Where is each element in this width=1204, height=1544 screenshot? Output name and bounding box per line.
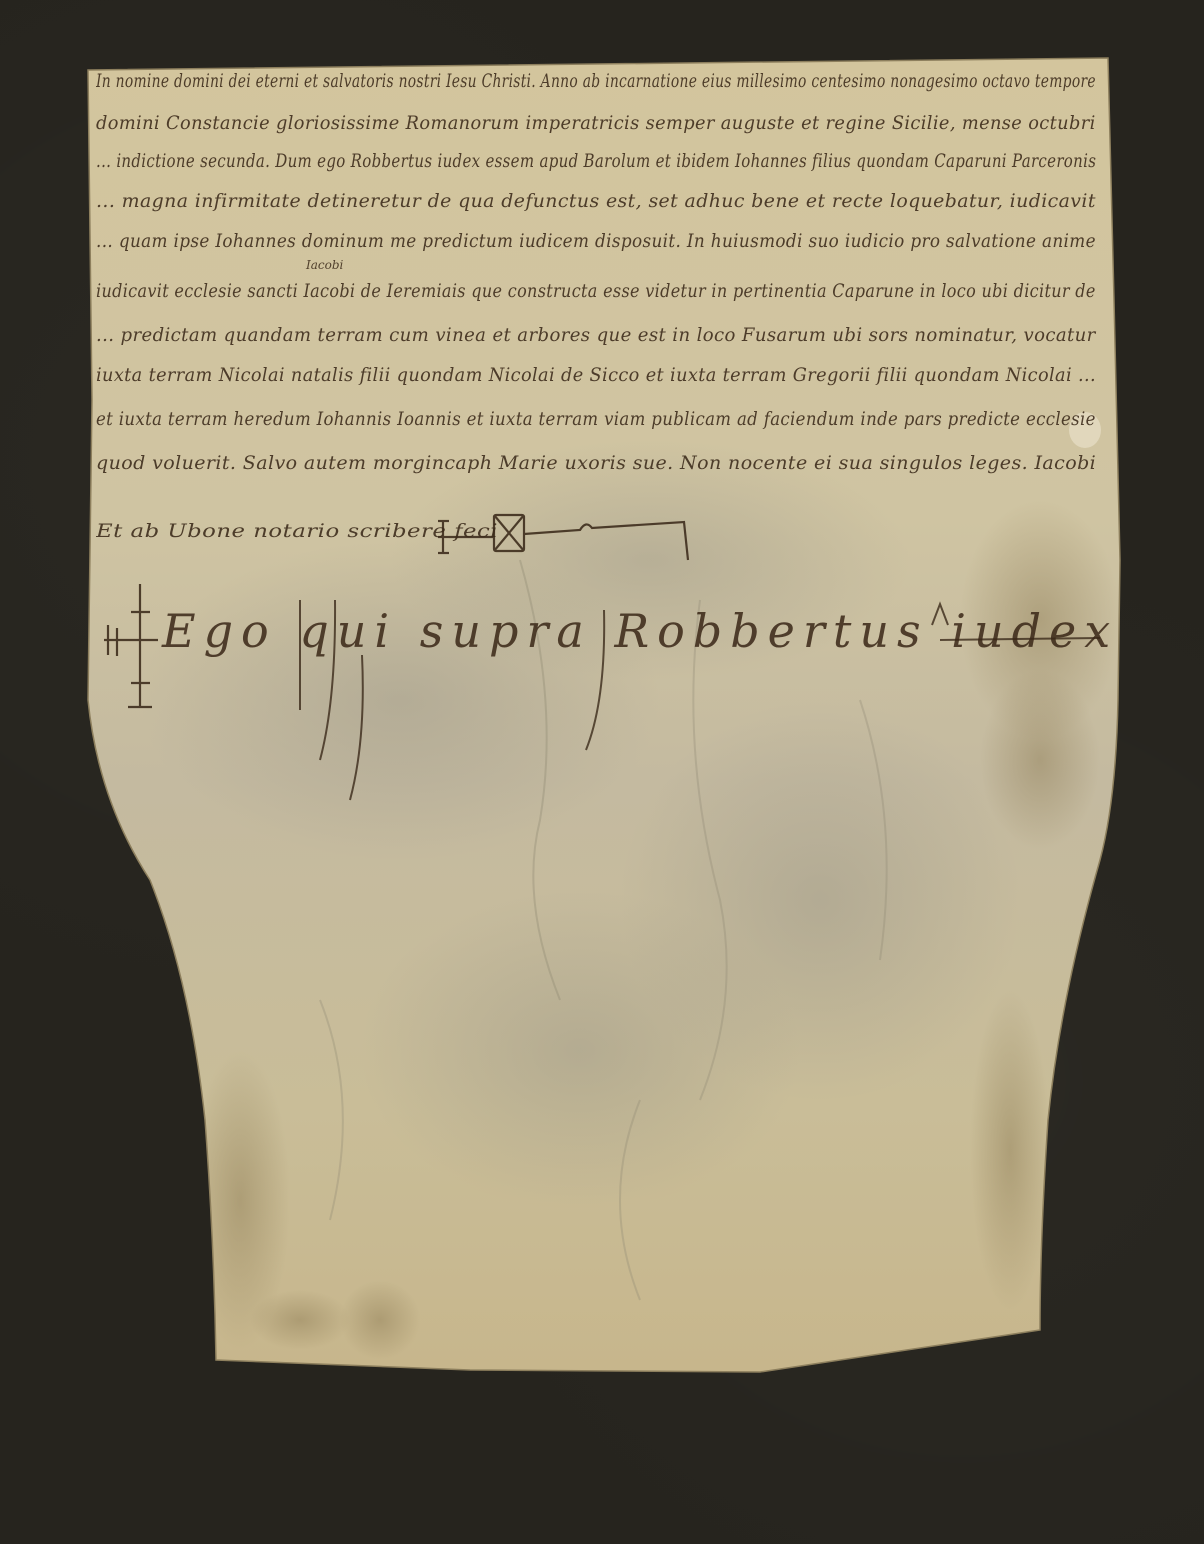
text-line-10: quod voluerit. Salvo autem morgincaph Ma… <box>96 452 1096 474</box>
text-line-7: ... predictam quandam terram cum vinea e… <box>96 324 1096 346</box>
text-line-6: iudicavit ecclesie sancti Iacobi de Iere… <box>96 280 1096 302</box>
text-line-2: domini Constancie gloriosissime Romanoru… <box>96 112 1096 134</box>
judge-subscription: Ego qui supra Robbertus iudex <box>162 604 1118 658</box>
interlinear-insertion: Iacobi <box>306 258 343 272</box>
charter-text-block: In nomine domini dei eterni et salvatori… <box>96 62 1116 582</box>
text-line-8: iuxta terram Nicolai natalis filii quond… <box>96 364 1096 386</box>
text-line-3: ... indictione secunda. Dum ego Robbertu… <box>96 150 1096 172</box>
text-line-5: ... quam ipse Iohannes dominum me predic… <box>96 230 1096 252</box>
text-line-11: Et ab Ubone notario scribere feci <box>96 520 498 542</box>
text-line-1: In nomine domini dei eterni et salvatori… <box>96 70 1096 92</box>
text-line-9: et iuxta terram heredum Iohannis Ioannis… <box>96 408 1096 430</box>
text-line-4: ... magna infirmitate detineretur de qua… <box>96 190 1096 212</box>
